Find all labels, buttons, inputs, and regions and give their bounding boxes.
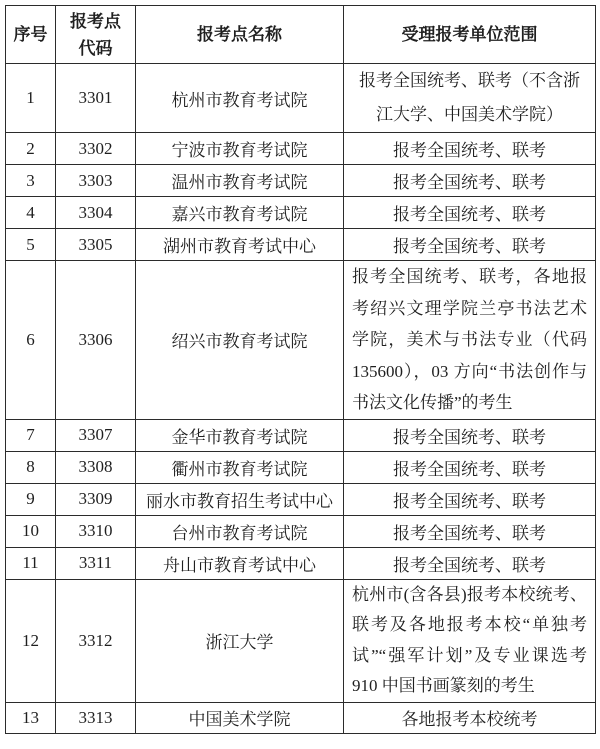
cell-name: 绍兴市教育考试院 — [136, 261, 344, 420]
table-row: 11 3311 舟山市教育考试中心 报考全国统考、联考 — [6, 547, 596, 579]
cell-code: 3309 — [56, 483, 136, 515]
table-row: 3 3303 温州市教育考试院 报考全国统考、联考 — [6, 165, 596, 197]
table-row: 12 3312 浙江大学 杭州市(含各县)报考本校统考、联考及各地报考本校“单独… — [6, 579, 596, 702]
cell-serial: 7 — [6, 419, 56, 451]
cell-code: 3301 — [56, 64, 136, 133]
cell-code: 3303 — [56, 165, 136, 197]
header-point-name: 报考点名称 — [136, 6, 344, 64]
cell-code: 3302 — [56, 133, 136, 165]
cell-scope: 报考全国统考、联考 — [344, 133, 596, 165]
cell-scope: 报考全国统考、联考 — [344, 229, 596, 261]
table-row: 2 3302 宁波市教育考试院 报考全国统考、联考 — [6, 133, 596, 165]
table-row: 8 3308 衢州市教育考试院 报考全国统考、联考 — [6, 451, 596, 483]
cell-serial: 5 — [6, 229, 56, 261]
cell-code: 3308 — [56, 451, 136, 483]
table-row: 13 3313 中国美术学院 各地报考本校统考 — [6, 702, 596, 733]
cell-code: 3312 — [56, 579, 136, 702]
cell-name: 中国美术学院 — [136, 702, 344, 733]
cell-serial: 11 — [6, 547, 56, 579]
cell-name: 温州市教育考试院 — [136, 165, 344, 197]
cell-serial: 6 — [6, 261, 56, 420]
cell-serial: 13 — [6, 702, 56, 733]
cell-code: 3306 — [56, 261, 136, 420]
cell-serial: 2 — [6, 133, 56, 165]
cell-name: 台州市教育考试院 — [136, 515, 344, 547]
cell-name: 嘉兴市教育考试院 — [136, 197, 344, 229]
header-accepted-scope: 受理报考单位范围 — [344, 6, 596, 64]
cell-name: 杭州市教育考试院 — [136, 64, 344, 133]
cell-scope: 报考全国统考、联考，各地报考绍兴文理学院兰亭书法艺术学院，美术与书法专业（代码1… — [344, 261, 596, 420]
cell-scope: 报考全国统考、联考 — [344, 451, 596, 483]
cell-name: 湖州市教育考试中心 — [136, 229, 344, 261]
cell-name: 宁波市教育考试院 — [136, 133, 344, 165]
cell-scope: 报考全国统考、联考 — [344, 515, 596, 547]
table-row: 1 3301 杭州市教育考试院 报考全国统考、联考（不含浙江大学、中国美术学院） — [6, 64, 596, 133]
cell-serial: 1 — [6, 64, 56, 133]
cell-scope: 报考全国统考、联考 — [344, 547, 596, 579]
table-header-row: 序号 报考点 代码 报考点名称 受理报考单位范围 — [6, 6, 596, 64]
cell-scope: 报考全国统考、联考 — [344, 419, 596, 451]
cell-code: 3313 — [56, 702, 136, 733]
cell-code: 3311 — [56, 547, 136, 579]
table-row: 5 3305 湖州市教育考试中心 报考全国统考、联考 — [6, 229, 596, 261]
table-row: 9 3309 丽水市教育招生考试中心 报考全国统考、联考 — [6, 483, 596, 515]
cell-scope: 报考全国统考、联考 — [344, 197, 596, 229]
cell-name: 丽水市教育招生考试中心 — [136, 483, 344, 515]
cell-serial: 10 — [6, 515, 56, 547]
table-row: 7 3307 金华市教育考试院 报考全国统考、联考 — [6, 419, 596, 451]
cell-name: 金华市教育考试院 — [136, 419, 344, 451]
cell-name: 舟山市教育考试中心 — [136, 547, 344, 579]
table-row: 4 3304 嘉兴市教育考试院 报考全国统考、联考 — [6, 197, 596, 229]
cell-code: 3307 — [56, 419, 136, 451]
cell-name: 衢州市教育考试院 — [136, 451, 344, 483]
exam-registration-points-table: 序号 报考点 代码 报考点名称 受理报考单位范围 1 3301 杭州市教育考试院… — [5, 5, 596, 734]
cell-scope: 报考全国统考、联考 — [344, 483, 596, 515]
cell-code: 3304 — [56, 197, 136, 229]
cell-scope: 报考全国统考、联考（不含浙江大学、中国美术学院） — [344, 64, 596, 133]
cell-serial: 3 — [6, 165, 56, 197]
cell-scope: 杭州市(含各县)报考本校统考、联考及各地报考本校“单独考试”“强军计划”及专业课… — [344, 579, 596, 702]
table-row: 6 3306 绍兴市教育考试院 报考全国统考、联考，各地报考绍兴文理学院兰亭书法… — [6, 261, 596, 420]
table-row: 10 3310 台州市教育考试院 报考全国统考、联考 — [6, 515, 596, 547]
header-point-code: 报考点 代码 — [56, 6, 136, 64]
cell-serial: 9 — [6, 483, 56, 515]
cell-code: 3310 — [56, 515, 136, 547]
cell-scope: 报考全国统考、联考 — [344, 165, 596, 197]
cell-code: 3305 — [56, 229, 136, 261]
header-serial-number: 序号 — [6, 6, 56, 64]
cell-serial: 8 — [6, 451, 56, 483]
cell-serial: 12 — [6, 579, 56, 702]
cell-serial: 4 — [6, 197, 56, 229]
cell-scope: 各地报考本校统考 — [344, 702, 596, 733]
cell-name: 浙江大学 — [136, 579, 344, 702]
